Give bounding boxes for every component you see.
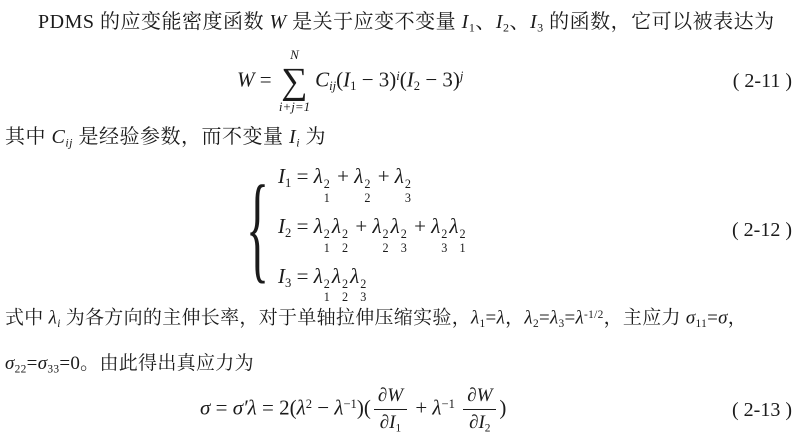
math-token: 2 xyxy=(441,228,447,241)
math-token: 2 xyxy=(342,242,348,255)
math-token: W xyxy=(237,67,255,91)
math-token: λ xyxy=(497,308,506,329)
math-token: −1 xyxy=(343,398,356,412)
math-token: − 3) xyxy=(420,67,460,91)
math-token: λ xyxy=(297,396,306,420)
summation-symbol: N∑i+j=1 xyxy=(279,48,310,115)
math-token: σ xyxy=(5,353,15,374)
math-token: I xyxy=(462,11,469,33)
math-token: ∂I xyxy=(380,412,396,433)
math-token: 23 xyxy=(401,228,407,255)
math-token: ， xyxy=(728,308,747,329)
math-token: i+j=1 xyxy=(279,100,310,115)
math-token: 式中 xyxy=(5,308,49,329)
math-token: λ xyxy=(350,264,359,288)
math-token: 22 xyxy=(15,364,27,376)
math-token: = xyxy=(539,308,550,329)
math-token: σ xyxy=(686,308,696,329)
equation-2-12-line-1: I1 = λ21 + λ22 + λ23 xyxy=(278,155,468,205)
math-token: 、 xyxy=(475,11,496,33)
math-token: λ xyxy=(431,214,440,238)
math-token: ) xyxy=(499,396,506,420)
math-token xyxy=(455,396,460,420)
math-token: + xyxy=(372,164,394,188)
math-token: λ21 xyxy=(314,214,332,238)
math-token: λ23 xyxy=(431,214,449,238)
math-token: PDMS 的应变能密度函数 xyxy=(38,11,269,33)
math-token: 2 xyxy=(364,192,370,205)
math-token: − xyxy=(312,396,334,420)
document-page: PDMS 的应变能密度函数 W 是关于应变不变量 I1、I2、I3 的函数，它可… xyxy=(0,0,800,444)
math-token: λ22 xyxy=(332,264,350,288)
math-token: = xyxy=(291,264,313,288)
math-token: 2 xyxy=(364,178,370,191)
math-token: 2 xyxy=(360,278,366,291)
math-token: ∂I xyxy=(469,412,485,433)
math-token: = xyxy=(564,308,575,329)
equation-2-12-line-2: I2 = λ21λ22 + λ22λ23 + λ23λ21 xyxy=(278,205,468,255)
math-token: σ xyxy=(200,396,210,420)
math-token: λ xyxy=(314,214,323,238)
math-token: 1 xyxy=(460,242,466,255)
math-token: j xyxy=(460,69,464,83)
math-token: 21 xyxy=(324,228,330,255)
math-token: 2 xyxy=(342,278,348,291)
math-token: 、 xyxy=(510,11,531,33)
math-token: 2 xyxy=(324,228,330,241)
paragraph-lambda-line-1: 式中 λi 为各方向的主伸长率，对于单轴拉伸压缩实验，λ1=λ，λ2=λ3=λ-… xyxy=(5,295,800,344)
equation-2-12-label: ( 2-12 ) xyxy=(732,219,792,242)
math-token: λ xyxy=(432,396,441,420)
paragraph-intro: PDMS 的应变能密度函数 W 是关于应变不变量 I1、I2、I3 的函数，它可… xyxy=(0,7,798,44)
math-token: = xyxy=(291,214,313,238)
math-token: 2 xyxy=(324,278,330,291)
math-token: λ22 xyxy=(332,214,350,238)
math-token: 2 xyxy=(401,228,407,241)
math-token: 22 xyxy=(342,228,348,255)
math-token: 2 xyxy=(342,228,348,241)
math-token: 2 xyxy=(485,422,491,434)
math-token: λ xyxy=(314,264,323,288)
math-token: λ22 xyxy=(354,164,372,188)
math-token: 1 xyxy=(324,192,330,205)
math-token: 2 xyxy=(324,178,330,191)
math-token: λ xyxy=(395,164,404,188)
math-token: λ xyxy=(372,214,381,238)
math-token: =0。由此得出真应力为 xyxy=(59,353,254,374)
math-token: 22 xyxy=(364,178,370,205)
math-token: 3 xyxy=(401,242,407,255)
math-token: ， xyxy=(505,308,524,329)
math-token: )( xyxy=(357,396,371,420)
math-token: + xyxy=(410,396,432,420)
math-token: − 3) xyxy=(356,67,396,91)
math-token: 23 xyxy=(405,178,411,205)
math-token: λ xyxy=(576,308,585,329)
equation-2-11-content: W = N∑i+j=1Cij(I1 − 3)i(I2 − 3)j xyxy=(237,48,463,115)
math-token: C xyxy=(315,67,329,91)
math-token: = xyxy=(291,164,313,188)
math-token: C xyxy=(52,126,66,148)
math-token: λ xyxy=(332,214,341,238)
math-token: = xyxy=(210,396,232,420)
math-token: 2 xyxy=(383,242,389,255)
math-token: + xyxy=(409,214,431,238)
math-token: ∑ xyxy=(281,63,307,100)
math-token: 2 xyxy=(460,228,466,241)
math-token: 1 xyxy=(324,242,330,255)
left-brace: { xyxy=(246,170,269,290)
math-token: ∂I2 xyxy=(469,410,490,436)
math-token: λ21 xyxy=(314,264,332,288)
equation-2-13-label: ( 2-13 ) xyxy=(732,399,792,422)
math-token: ∂W xyxy=(374,384,407,410)
math-token: 是经验参数，而不变量 xyxy=(73,126,289,148)
math-token: 3 xyxy=(405,192,411,205)
math-token: 22 xyxy=(383,228,389,255)
math-token: λ xyxy=(49,308,58,329)
math-token: 为各方向的主伸长率，对于单轴拉伸压缩实验， xyxy=(61,308,471,329)
math-token: 3 xyxy=(441,242,447,255)
math-token: ∂I1 xyxy=(380,410,401,436)
math-token: I xyxy=(278,264,285,288)
math-token: λ23 xyxy=(391,214,409,238)
math-token: 23 xyxy=(441,228,447,255)
equation-2-13-content: σ = σ′λ = 2(λ2 − λ−1)(∂W∂I1 + λ−1 ∂W∂I2) xyxy=(200,384,506,435)
math-token: = xyxy=(27,353,38,374)
math-token: I xyxy=(496,11,503,33)
math-token: 是关于应变不变量 xyxy=(287,11,462,33)
math-token: 21 xyxy=(324,178,330,205)
math-token: = xyxy=(486,308,497,329)
math-token: 1 xyxy=(395,422,401,434)
math-token: λ21 xyxy=(314,164,332,188)
math-token: = xyxy=(707,308,718,329)
math-token: I xyxy=(278,164,285,188)
fraction: ∂W∂I2 xyxy=(463,384,496,435)
equation-2-12-lines: I1 = λ21 + λ22 + λ23 I2 = λ21λ22 + λ22λ2… xyxy=(278,155,468,305)
math-token: ∂W xyxy=(463,384,496,410)
math-token: 为 xyxy=(300,126,326,148)
math-token: W xyxy=(269,11,286,33)
math-token: λ23 xyxy=(350,264,368,288)
math-token: λ xyxy=(314,164,323,188)
math-token: λ xyxy=(354,164,363,188)
equation-2-11-label: ( 2-11 ) xyxy=(733,70,792,93)
math-token: λ xyxy=(332,264,341,288)
fraction: ∂W∂I1 xyxy=(374,384,407,435)
math-token: 21 xyxy=(460,228,466,255)
math-token: 2 xyxy=(405,178,411,191)
math-token: 33 xyxy=(47,364,59,376)
math-token: 2 xyxy=(383,228,389,241)
math-token: I xyxy=(407,67,414,91)
paragraph-cij: 其中 Cij 是经验参数，而不变量 Ii 为 xyxy=(5,122,326,159)
equation-2-13: σ = σ′λ = 2(λ2 − λ−1)(∂W∂I1 + λ−1 ∂W∂I2)… xyxy=(0,378,800,442)
math-token: −1 xyxy=(442,398,455,412)
math-token: λ xyxy=(449,214,458,238)
equation-2-12: { I1 = λ21 + λ22 + λ23 I2 = λ21λ22 + λ22… xyxy=(0,162,800,298)
math-token: λ xyxy=(471,308,480,329)
math-token: -1/2 xyxy=(584,309,604,321)
math-token: = xyxy=(255,67,277,91)
math-token: λ xyxy=(524,308,533,329)
math-token: + xyxy=(350,214,372,238)
math-token: 其中 xyxy=(5,126,52,148)
equation-2-11: W = N∑i+j=1Cij(I1 − 3)i(I2 − 3)j ( 2-11 … xyxy=(0,44,800,118)
math-token: + xyxy=(332,164,354,188)
math-token: ∂W xyxy=(467,385,492,406)
math-token: I xyxy=(278,214,285,238)
paragraph-lambda: 式中 λi 为各方向的主伸长率，对于单轴拉伸压缩实验，λ1=λ，λ2=λ3=λ-… xyxy=(5,295,800,390)
math-token: ，主应力 xyxy=(604,308,686,329)
math-token: ( xyxy=(400,67,407,91)
math-token: σ xyxy=(38,353,48,374)
math-token: 的函数，它可以被表达为 xyxy=(544,11,775,33)
math-token: ij xyxy=(65,136,73,150)
math-token: σ xyxy=(718,308,728,329)
equation-2-12-content: { I1 = λ21 + λ22 + λ23 I2 = λ21λ22 + λ22… xyxy=(246,155,468,305)
math-token: λ xyxy=(391,214,400,238)
math-token: λ21 xyxy=(449,214,467,238)
math-token: λ23 xyxy=(395,164,413,188)
math-token: ∂W xyxy=(378,385,403,406)
math-token: = 2( xyxy=(257,396,297,420)
math-token: 11 xyxy=(696,318,708,330)
math-token: λ22 xyxy=(372,214,390,238)
math-token: σ′λ xyxy=(233,396,257,420)
